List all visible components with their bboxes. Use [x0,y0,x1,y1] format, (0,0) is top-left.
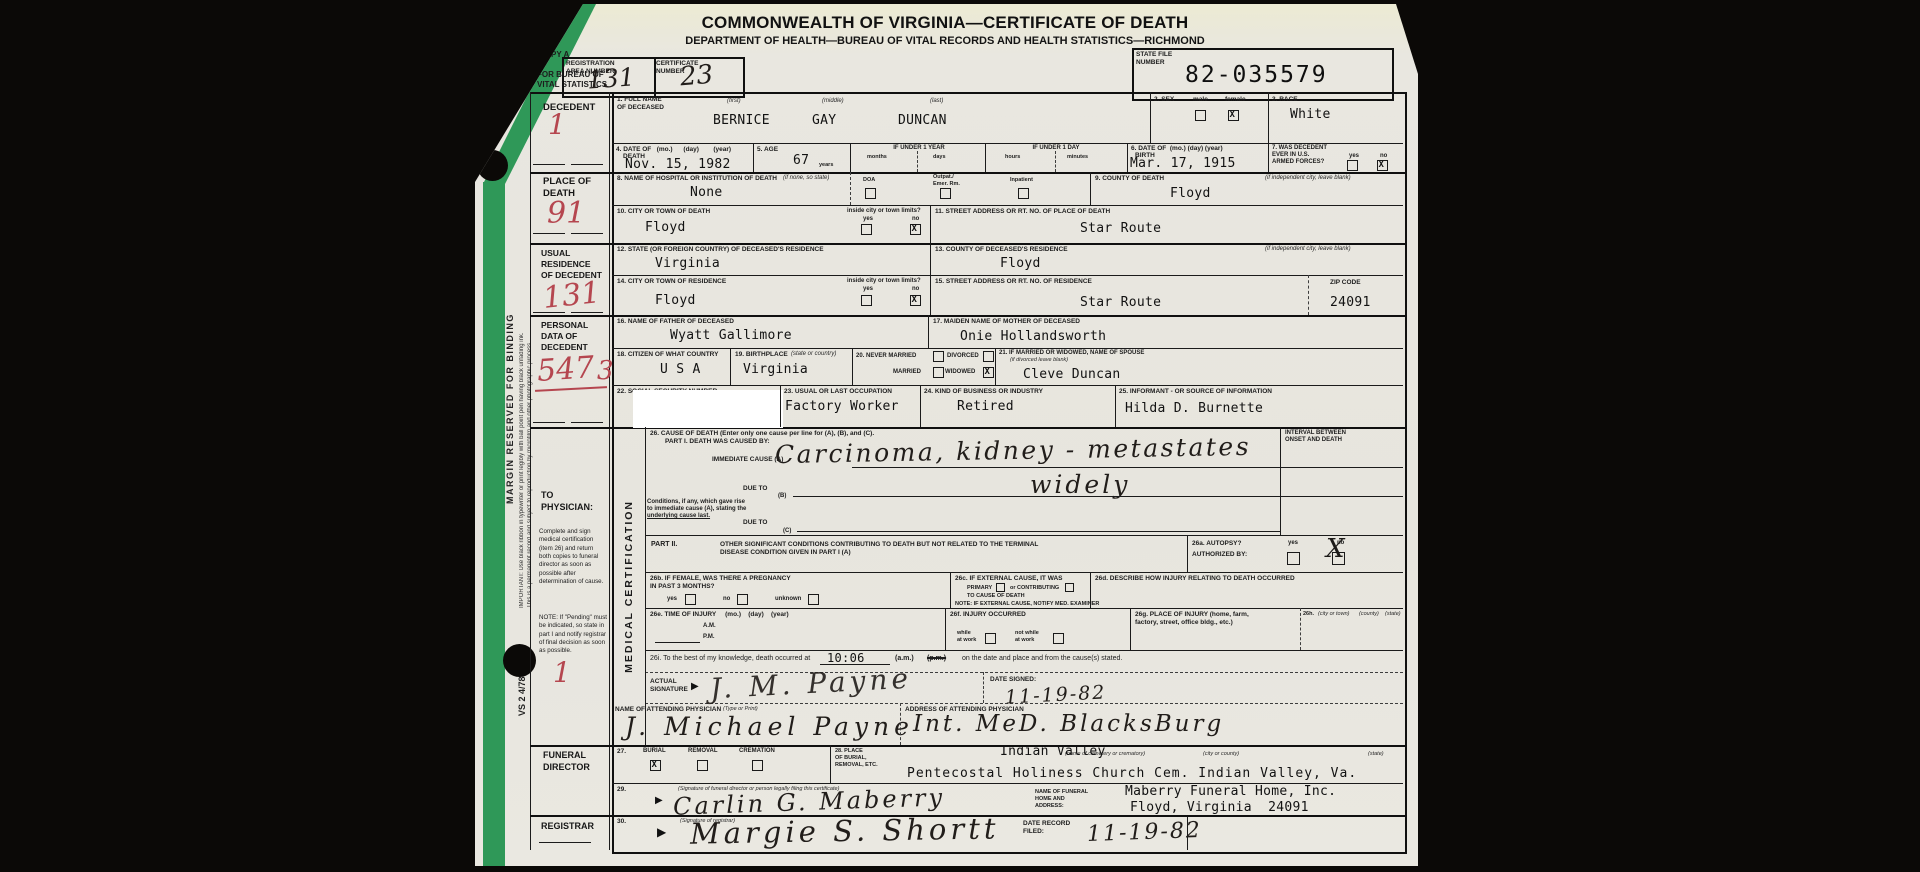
rule [1055,151,1056,172]
middle-hint: (middle) [822,98,844,105]
registrar-signature-number: 30. [617,818,626,826]
sex-female-label: female [1225,96,1246,104]
rule [930,205,931,243]
limits-yes-checkbox [861,224,872,235]
white-out-patch [633,390,783,428]
street-of-death-value: Star Route [1080,222,1161,237]
rule [530,243,1405,245]
rule [985,143,986,172]
rule [930,243,931,275]
never-married-label: 20. NEVER MARRIED [856,353,916,360]
rule [612,275,1403,276]
burial-checkbox: X [650,760,661,771]
burial-label: BURIAL [643,748,666,755]
rule [930,275,931,315]
immediate-cause-label: IMMEDIATE CAUSE (A) [712,456,783,464]
business-value: Retired [957,400,1014,415]
arrow-icon: ▶ [657,826,666,838]
date-of-death-value: Nov. 15, 1982 [625,158,731,173]
rule [530,745,1405,747]
rule [612,385,1403,386]
city-residence-value: Floyd [655,294,696,309]
part2-text: OTHER SIGNIFICANT CONDITIONS CONTRIBUTIN… [720,541,1038,557]
limits-no-checkbox: X [910,224,921,235]
arrow-icon: ▶ [691,682,699,692]
county-residence-value: Floyd [1000,257,1041,272]
conditions-note: Conditions, if any, which gave rise to i… [647,499,746,513]
part1-label: PART I. DEATH WAS CAUSED BY: [665,438,770,446]
place-of-burial-value-line2: Pentecostal Holiness Church Cem. Indian … [907,767,1357,782]
place-of-injury-label: 26g. PLACE OF INJURY (home, farm, factor… [1135,611,1249,627]
registration-area-value: 131 [586,62,636,94]
attending-physician-name-value: J. Michael Payne [625,712,914,741]
red-annotation: 1 [553,656,571,689]
rule [780,385,781,427]
rule [830,745,831,783]
inpatient-checkbox [1018,188,1029,199]
checkbox-x-mark: X [652,761,657,770]
rule [533,422,565,423]
spouse-value: Cleve Duncan [1023,368,1121,383]
outpatient-checkbox [940,188,951,199]
rule [571,164,603,165]
county-residence-hint: (if independent city, leave blank) [1265,246,1351,253]
rule [1187,817,1188,850]
county-residence-label: 13. COUNTY OF DECEASED'S RESIDENCE [935,246,1068,254]
limits-label: inside city or town limits? [847,278,921,285]
not-while-at-work-checkbox [1053,633,1064,644]
widowed-label: WIDOWED [945,369,975,376]
pregnancy-yes-label: yes [667,596,677,603]
red-annotation: 1 [548,108,566,141]
red-annotation: 131 [541,275,602,316]
outpatient-label: Outpat./ Emer. Rm. [933,174,960,188]
married-label: MARRIED [893,369,921,376]
date-filed-label: DATE RECORD FILED: [1023,820,1070,836]
while-at-work-label: while at work [957,630,976,643]
section-personal-data: PERSONAL DATA OF DECEDENT [541,320,588,353]
contributing-label: or CONTRIBUTING [1010,585,1059,592]
burial-city-hint: (city or county) [1203,751,1239,757]
limits-no-label: no [912,286,919,293]
rule [730,348,731,385]
physician-instructions: Complete and sign medical certification … [539,528,607,587]
rule [530,92,531,850]
rule [900,703,901,745]
city-residence-label: 14. CITY OR TOWN OF RESIDENCE [617,278,726,286]
red-annotation: 91 [547,196,585,231]
autopsy-yes-label: yes [1288,540,1298,547]
time-of-injury-label: 26e. TIME OF INJURY (mo.) (day) (year) [650,611,789,619]
not-while-at-work-label: not while at work [1015,630,1039,643]
medical-certification-label: MEDICAL CERTIFICATION [623,500,635,673]
doa-checkbox [865,188,876,199]
occupation-value: Factory Worker [785,400,899,415]
city-of-death-label: 10. CITY OR TOWN OF DEATH [617,208,710,216]
rule [920,385,921,427]
primary-label: PRIMARY [967,585,992,592]
state-file-label: STATE FILE NUMBER [1136,51,1172,67]
funeral-signature-number: 29. [617,786,626,794]
rule [533,312,565,313]
informant-label: 25. INFORMANT - OR SOURCE OF INFORMATION [1119,388,1272,396]
under-1-day-label: IF UNDER 1 DAY [987,145,1125,152]
never-married-checkbox [933,351,944,362]
residence-limits-yes-checkbox [861,295,872,306]
date-of-birth-value: Mar. 17, 1915 [1130,157,1236,172]
cause-of-death-label: 26. CAUSE OF DEATH (Enter only one cause… [650,430,874,438]
autopsy-label2: AUTHORIZED BY: [1192,551,1247,559]
checkbox-x-mark: X [985,368,990,377]
limits-no-label: no [912,216,919,223]
married-checkbox [933,367,944,378]
burial-state-hint: (state) [1368,751,1384,757]
doa-label: DOA [863,177,875,184]
county-of-death-value: Floyd [1170,187,1211,202]
business-label: 24. KIND OF BUSINESS OR INDUSTRY [924,388,1043,396]
pm-option-struck: (p.m.) [927,655,946,663]
arrow-icon: ▶ [655,796,663,806]
armed-forces-label: 7. WAS DECEDENT EVER IN U.S. ARMED FORCE… [1272,145,1327,167]
cremation-checkbox [752,760,763,771]
race-value: White [1290,108,1331,123]
zip-value: 24091 [1330,296,1371,311]
section-registrar: REGISTRAR [541,821,594,833]
rule [917,151,918,172]
rule [1150,92,1151,143]
checkbox-x-mark: X [1230,111,1235,120]
rule [533,164,565,165]
hospital-hint: (if none, so state) [783,175,829,182]
rule [1187,535,1188,572]
street-of-death-label: 11. STREET ADDRESS OR RT. NO. OF PLACE O… [935,208,1110,216]
rule [1308,275,1309,315]
months-label: months [867,154,887,161]
margin-important-note: IMPORTANT: Use black ribbon in typewrite… [519,88,525,608]
section-to-physician: TO PHYSICIAN: [541,490,593,513]
rule [1090,572,1091,608]
due-to-b-sub: (B) [778,493,786,500]
father-value: Wyatt Gallimore [670,329,792,344]
conditions-note-underlined: underlying cause last. [647,513,710,520]
divorced-label: DIVORCED [947,353,979,360]
divorced-checkbox [983,351,994,362]
pending-note: NOTE: If "Pending" must be indicated, so… [539,614,607,656]
autopsy-label: 26a. AUTOPSY? [1192,540,1242,548]
place-of-burial-value-line1: Indian Valley [1000,745,1106,760]
age-label: 5. AGE [757,146,778,154]
death-occurred-post: on the date and place and from the cause… [962,655,1122,663]
primary-checkbox [996,583,1005,592]
removal-label: REMOVAL [688,748,718,755]
county-of-death-label: 9. COUNTY OF DEATH [1095,175,1164,183]
rule [645,608,1403,609]
father-label: 16. NAME OF FATHER OF DECEASED [617,318,734,326]
rule [793,496,1403,497]
while-at-work-checkbox [985,633,996,644]
notify-examiner-note: NOTE: IF EXTERNAL CAUSE, NOTIFY MED. EXA… [955,601,1099,608]
hours-label: hours [1005,154,1020,161]
hole-punch [477,150,508,181]
full-name-first-value: BERNICE [713,114,770,129]
actual-signature-label: ACTUAL SIGNATURE [650,678,688,694]
race-label: 3. RACE [1272,96,1298,104]
rule [852,348,853,385]
sex-male-label: male [1193,96,1208,104]
red-annotation: 547 [536,350,596,389]
date-filed-value: 11-19-82 [1087,818,1203,847]
full-name-last-value: DUNCAN [898,114,947,129]
minutes-label: minutes [1067,154,1088,161]
certificate-number-value: 23 [679,60,715,93]
inpatient-label: Inpatient [1010,177,1033,184]
red-annotation: 3 [597,356,614,386]
margin-binding-note: MARGIN RESERVED FOR BINDING [505,174,515,504]
rule [1115,385,1116,427]
external-cause-label: 26c. IF EXTERNAL CAUSE, IT WAS [955,575,1063,583]
spouse-hint: (if divorced leave blank) [1010,357,1068,363]
rule [850,143,851,172]
citizen-label: 18. CITIZEN OF WHAT COUNTRY [617,351,718,359]
occupation-label: 23. USUAL OR LAST OCCUPATION [784,388,892,396]
residence-limits-no-checkbox: X [910,295,921,306]
rule [850,172,851,205]
rule [645,650,1403,651]
disposition-number: 27. [617,748,626,756]
rule [655,642,700,643]
due-to-c-label: DUE TO [743,519,767,527]
interval-label: INTERVAL BETWEEN ONSET AND DEATH [1285,430,1346,444]
rule [1280,427,1281,535]
rule [950,572,951,608]
checkbox-x-mark: X [1379,161,1384,170]
rule [753,143,754,172]
rule [1127,143,1128,172]
informant-value: Hilda D. Burnette [1125,402,1263,417]
autopsy-no-handwritten-x: X [1326,534,1345,564]
pregnancy-yes-checkbox [685,594,696,605]
widowed-checkbox: X [983,367,994,378]
sex-female-checkbox: X [1228,110,1239,121]
full-name-label: 1. FULL NAME OF DECEASED [617,96,664,112]
injury-state-hint: (state) [1385,611,1401,617]
place-of-burial-label: 28. PLACE OF BURIAL, REMOVAL, ETC. [835,748,878,769]
rule [852,467,1403,468]
page-subtitle: DEPARTMENT OF HEALTH—BUREAU OF VITAL REC… [625,35,1265,47]
pregnancy-unknown-label: unknown [775,596,801,603]
form-number: VS 2 4/78 [517,636,527,716]
state-residence-label: 12. STATE (OR FOREIGN COUNTRY) OF DECEAS… [617,246,824,254]
rule [533,233,565,234]
attending-physician-address-value: Int. MeD. BlacksBurg [913,711,1224,737]
checkbox-x-mark: X [912,225,917,234]
pm-label: P.M. [703,634,715,641]
date-signed-label: DATE SIGNED: [990,676,1036,684]
certificate-paper: MARGIN RESERVED FOR BINDING IMPORTANT: U… [475,4,1418,866]
zip-label: ZIP CODE [1330,279,1361,287]
am-label: A.M. [703,623,716,630]
pregnancy-unknown-checkbox [808,594,819,605]
last-hint: (last) [930,98,943,105]
removal-checkbox [697,760,708,771]
rule [571,422,603,423]
scanned-death-certificate: MARGIN RESERVED FOR BINDING IMPORTANT: U… [0,0,1920,872]
section-funeral-director: FUNERAL DIRECTOR [543,750,590,773]
rule [1268,92,1269,143]
rule [1130,608,1131,650]
street-residence-label: 15. STREET ADDRESS OR RT. NO. OF RESIDEN… [935,278,1092,286]
rule [1300,608,1301,650]
birthplace-hint: (state or country) [791,351,836,358]
age-value: 67 [793,154,809,169]
rule [571,233,603,234]
page-title: COMMONWEALTH OF VIRGINIA—CERTIFICATE OF … [625,13,1265,33]
state-file-value: 82-035579 [1185,62,1328,88]
rule [1268,143,1269,172]
hospital-value: None [690,186,723,201]
cause-a-handwriting-2: widely [1030,470,1130,499]
due-to-b-label: DUE TO [743,485,767,493]
birthplace-value: Virginia [743,363,808,378]
armed-forces-yes-checkbox [1347,160,1358,171]
medical-certification-strip: MEDICAL CERTIFICATION [612,427,645,745]
autopsy-yes-checkbox [1287,552,1300,565]
rule [539,842,591,843]
rule [797,531,1280,532]
green-stripe [483,182,505,866]
rule [645,572,1403,573]
limits-yes-label: yes [863,286,873,293]
limits-yes-label: yes [863,216,873,223]
hospital-label: 8. NAME OF HOSPITAL OR INSTITUTION OF DE… [617,175,777,183]
birthplace-label: 19. BIRTHPLACE [735,351,788,359]
mother-label: 17. MAIDEN NAME OF MOTHER OF DECEASED [933,318,1080,326]
street-residence-value: Star Route [1080,296,1161,311]
rule [645,427,646,745]
contributing-checkbox [1065,583,1074,592]
injury-occurred-label: 26f. INJURY OCCURRED [950,611,1026,619]
pregnancy-no-checkbox [737,594,748,605]
sex-male-checkbox [1195,110,1206,121]
registrar-signature: Margie S. Shortt [690,811,1000,850]
rule [645,535,1403,536]
county-of-death-hint: (if independent city, leave blank) [1265,175,1351,182]
describe-injury-label: 26d. DESCRIBE HOW INJURY RELATING TO DEA… [1095,575,1295,583]
injury-location-label: 26h. [1303,611,1314,618]
funeral-home-label: NAME OF FUNERAL HOME AND ADDRESS: [1035,789,1088,810]
rule [1090,172,1091,205]
rule [945,608,946,650]
rule [571,312,603,313]
rule [995,348,996,385]
funeral-home-name-value: Maberry Funeral Home, Inc. [1125,785,1336,800]
cremation-label: CREMATION [739,748,775,755]
injury-county-hint: (county) [1359,611,1379,617]
rule [983,672,984,703]
rule [612,205,1403,206]
limits-label: inside city or town limits? [847,208,921,215]
citizen-value: U S A [660,363,701,378]
injury-city-hint: (city or town) [1318,611,1349,617]
age-unit-label: years [819,162,833,169]
city-of-death-value: Floyd [645,221,686,236]
due-to-c-sub: (C) [783,528,791,535]
sex-label: 2. SEX [1154,96,1174,104]
checkbox-x-mark: X [912,296,917,305]
days-label: days [933,154,946,161]
under-1-year-label: IF UNDER 1 YEAR [855,145,983,152]
full-name-middle-value: GAY [812,114,836,129]
armed-forces-no-checkbox: X [1377,160,1388,171]
pregnancy-no-label: no [723,596,730,603]
rule [609,92,610,850]
death-occurred-pre: 26i. To the best of my knowledge, death … [650,655,810,663]
state-residence-value: Virginia [655,257,720,272]
rule [530,315,1405,317]
to-cause-label: TO CAUSE OF DEATH [967,593,1025,600]
rule [928,315,929,348]
rule [612,143,1403,144]
funeral-home-address-value: Floyd, Virginia 24091 [1130,801,1309,816]
mother-value: Onie Hollandsworth [960,330,1106,345]
first-hint: (first) [727,98,741,105]
pregnancy-label: 26b. IF FEMALE, WAS THERE A PREGNANCY IN… [650,575,791,591]
part2-label: PART II. [651,541,677,549]
